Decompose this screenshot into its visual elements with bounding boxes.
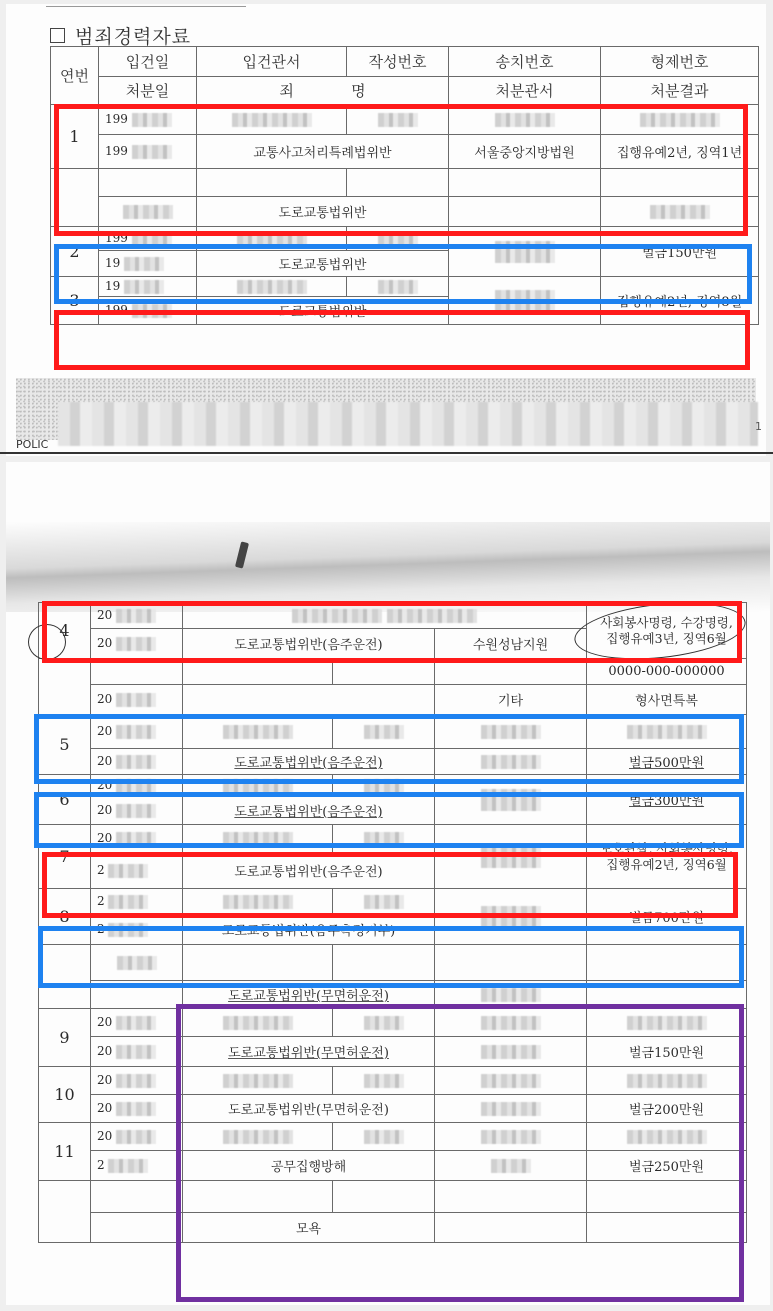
record-number: 7 — [39, 825, 91, 889]
table-row: 10 20 — [39, 1067, 747, 1095]
table-row: 11 20 — [39, 1123, 747, 1151]
record-number: 11 — [39, 1123, 91, 1181]
disposition-result: 형사면특복 — [587, 685, 747, 715]
charge: 도로교통법위반 — [197, 197, 449, 227]
header-disposition-office: 처분관서 — [449, 77, 601, 105]
redacted-filing-office — [232, 113, 312, 127]
disposition-office: 기타 — [435, 685, 587, 715]
charge: 도로교통법위반(무면허운전) — [183, 981, 435, 1009]
divider — [46, 6, 246, 7]
table-row: 3 19 집행유예2년, 징역8월 — [51, 277, 759, 297]
header-disposition-date: 처분일 — [99, 77, 197, 105]
section-title-text: 범죄경력자료 — [75, 22, 191, 49]
header-transfer-number: 송치번호 — [449, 47, 601, 77]
header-doc-number: 작성번호 — [347, 47, 449, 77]
table-row: 모욕 — [39, 1213, 747, 1243]
disposition-result: 보호관찰, 사회봉사명령,집행유예2년, 징역6월 — [587, 825, 747, 889]
disposition-result: 벌금500만원 — [587, 749, 747, 775]
criminal-record-table-page2: 4 20 사회봉사명령, 수강명령,집행유예3년, 징역6월 20 도로교통법위… — [38, 602, 747, 1243]
page-number: 1 — [755, 420, 762, 433]
record-number: 5 — [39, 715, 91, 775]
disposition-result: 벌금250만원 — [587, 1151, 747, 1181]
disposition-result: 벌금150만원 — [601, 227, 759, 277]
table-row: 2 공무집행방해 벌금250만원 — [39, 1151, 747, 1181]
table-row: 2 199 벌금150만원 — [51, 227, 759, 251]
record-number: 2 — [51, 227, 99, 277]
footer-label: POLIC — [16, 438, 48, 451]
case-number: 0000-000-000000 — [587, 659, 747, 685]
table-row — [39, 1181, 747, 1213]
redacted-doc-number — [378, 113, 418, 127]
redacted-transfer-number — [495, 113, 555, 127]
disposition-office: 수원성남지원 — [435, 629, 587, 659]
table-row: 20 도로교통법위반(음주운전) 벌금500만원 — [39, 749, 747, 775]
section-title: 범죄경력자료 — [50, 22, 191, 49]
table-row: 9 20 — [39, 1009, 747, 1037]
record-number: 6 — [39, 775, 91, 825]
table-row: 20 도로교통법위반(무면허운전) 벌금200만원 — [39, 1095, 747, 1123]
table-row: 6 20 벌금300만원 — [39, 775, 747, 797]
disposition-result: 벌금300만원 — [587, 775, 747, 825]
header-filing-office: 입건관서 — [197, 47, 347, 77]
table-row: 도로교통법위반(무면허운전) — [39, 981, 747, 1009]
table-row: 도로교통법위반 — [51, 197, 759, 227]
charge: 도로교통법위반(무면허운전) — [183, 1037, 435, 1067]
charge: 도로교통법위반(음주운전) — [183, 797, 435, 825]
record-number: 8 — [39, 889, 91, 945]
redacted-transfer-number — [495, 241, 555, 263]
charge: 공무집행방해 — [183, 1151, 435, 1181]
disposition-office: 서울중앙지방법원 — [449, 135, 601, 169]
table-row: 199 교통사고처리특례법위반 서울중앙지방법원 집행유예2년, 징역1년 — [51, 135, 759, 169]
table-row: 20 도로교통법위반(무면허운전) 벌금150만원 — [39, 1037, 747, 1067]
filed-date: 199 — [99, 112, 196, 127]
table-row: 20 기타 형사면특복 — [39, 685, 747, 715]
charge: 교통사고처리특례법위반 — [197, 135, 449, 169]
disposition-result: 벌금150만원 — [587, 1037, 747, 1067]
header-case-number: 형제번호 — [601, 47, 759, 77]
document-page-1: 범죄경력자료 연번 입건일 입건관서 작성번호 송치번호 형제번호 처분일 죄 … — [6, 4, 766, 456]
record-number: 1 — [51, 105, 99, 169]
table-row: 1 199 — [51, 105, 759, 135]
disposition-result: 집행유예2년, 징역8월 — [601, 277, 759, 325]
paper-fold-shadow — [6, 522, 770, 612]
table-row: 5 20 — [39, 715, 747, 749]
charge: 도로교통법위반 — [197, 251, 449, 277]
charge: 도로교통법위반(무면허운전) — [183, 1095, 435, 1123]
charge: 도로교통법위반(음주운전) — [183, 853, 435, 889]
document-page-2: 4 20 사회봉사명령, 수강명령,집행유예3년, 징역6월 20 도로교통법위… — [6, 462, 770, 1305]
page-divider — [0, 452, 773, 454]
handwritten-circle-mark — [28, 624, 66, 660]
record-number: 3 — [51, 277, 99, 325]
disposition-result: 집행유예2년, 징역1년 — [601, 135, 759, 169]
redacted-case-number — [640, 113, 720, 127]
redacted-footer-text — [58, 402, 758, 446]
header-filed-date: 입건일 — [99, 47, 197, 77]
redacted-result — [650, 205, 710, 219]
table-row — [51, 169, 759, 197]
table-row — [39, 945, 747, 981]
charge: 도로교통법위반(음주운전) — [183, 629, 435, 659]
checkbox-square-icon — [50, 28, 65, 43]
disposition-date: 199 — [99, 144, 196, 159]
criminal-record-table-page1: 연번 입건일 입건관서 작성번호 송치번호 형제번호 처분일 죄 명 처분관서 … — [50, 46, 759, 325]
header-charge: 죄 명 — [197, 77, 449, 105]
table-row: 0000-000-000000 — [39, 659, 747, 685]
charge: 도로교통법위반(음주운전) — [183, 749, 435, 775]
header-disposition-result: 처분결과 — [601, 77, 759, 105]
record-number: 10 — [39, 1067, 91, 1123]
table-row: 7 20 보호관찰, 사회봉사명령,집행유예2년, 징역6월 — [39, 825, 747, 853]
record-number: 9 — [39, 1009, 91, 1067]
redacted-date — [123, 205, 173, 219]
charge: 모욕 — [183, 1213, 435, 1243]
header-seq: 연번 — [51, 47, 99, 105]
charge: 도로교통법위반(음주측정거부) — [183, 915, 435, 945]
disposition-result: 벌금200만원 — [587, 1095, 747, 1123]
charge: 도로교통법위반 — [197, 297, 449, 325]
table-row: 8 2 벌금700만원 — [39, 889, 747, 915]
disposition-result: 벌금700만원 — [587, 889, 747, 945]
